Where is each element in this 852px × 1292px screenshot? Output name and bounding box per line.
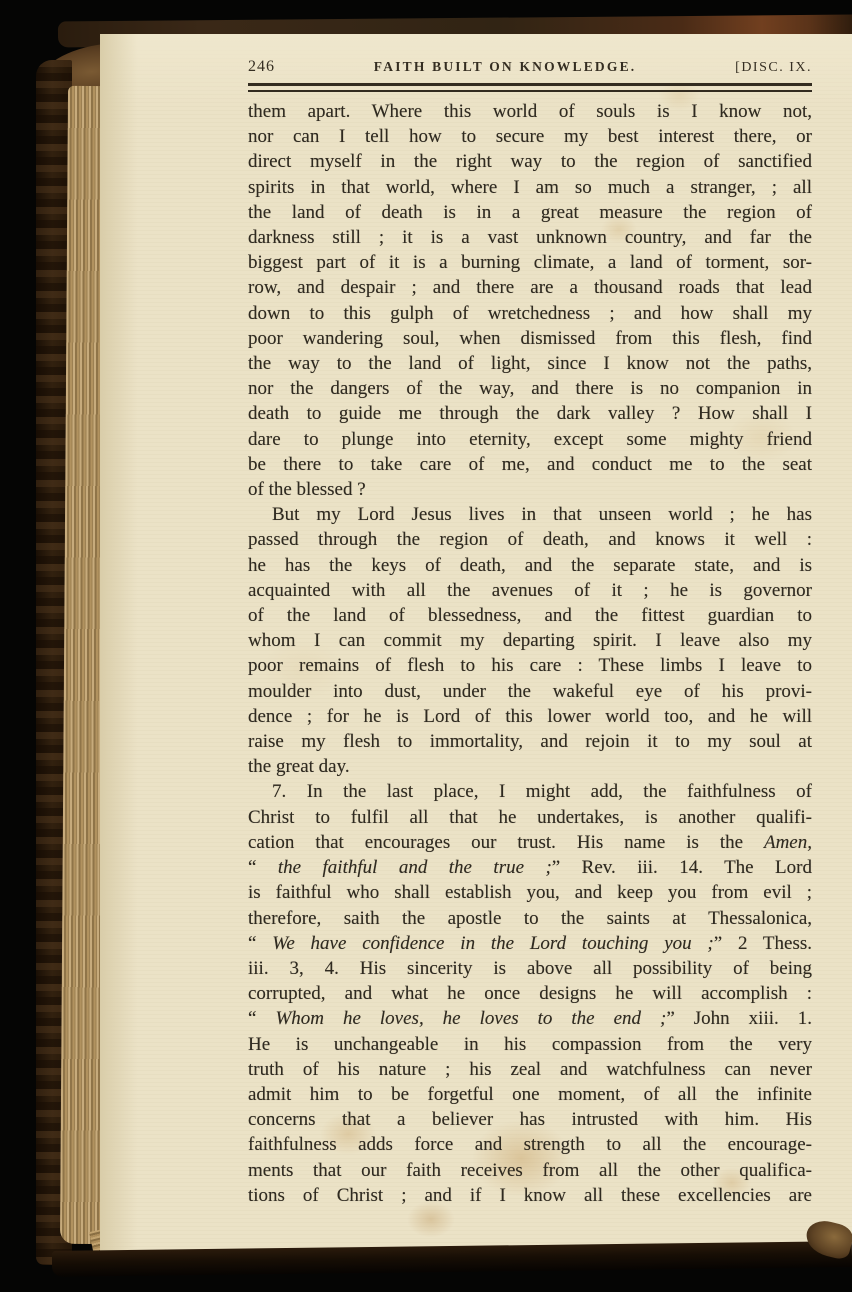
text-line: them apart. Where this world of souls is…	[248, 99, 812, 124]
text-line: poor wandering soul, when dismissed from…	[248, 326, 812, 351]
text-line: “ the faithful and the true ;” Rev. iii.…	[248, 855, 812, 880]
text-line: raise my flesh to immortality, and rejoi…	[248, 729, 812, 754]
text-line: of the land of blessedness, and the fitt…	[248, 603, 812, 628]
text-line: is faithful who shall establish you, and…	[248, 880, 812, 905]
text-line: direct myself in the right way to the re…	[248, 149, 812, 174]
text-line: poor remains of flesh to his care : Thes…	[248, 653, 812, 678]
text-line: moulder into dust, under the wakeful eye…	[248, 679, 812, 704]
text-line: death to guide me through the dark valle…	[248, 401, 812, 426]
page-header: 246 FAITH BUILT ON KNOWLEDGE. [DISC. IX.	[248, 58, 812, 76]
text-line: admit him to be forgetful one moment, of…	[248, 1082, 812, 1107]
text-line: iii. 3, 4. His sincerity is above all po…	[248, 956, 812, 981]
text-line: the land of death is in a great measure …	[248, 200, 812, 225]
text-line: He is unchangeable in his compassion fro…	[248, 1032, 812, 1057]
text-line: of the blessed ?	[248, 477, 812, 502]
text-line: “ Whom he loves, he loves to the end ;” …	[248, 1006, 812, 1031]
text-line: Christ to fulfil all that he undertakes,…	[248, 805, 812, 830]
text-line: truth of his nature ; his zeal and watch…	[248, 1057, 812, 1082]
text-line: row, and despair ; and there are a thous…	[248, 275, 812, 300]
text-line: he has the keys of death, and the separa…	[248, 553, 812, 578]
text-line: faithfulness adds force and strength to …	[248, 1132, 812, 1157]
text-line: down to this gulph of wretchedness ; and…	[248, 301, 812, 326]
text-line: the way to the land of light, since I kn…	[248, 351, 812, 376]
book-page: 246 FAITH BUILT ON KNOWLEDGE. [DISC. IX.…	[100, 34, 852, 1256]
text-line: biggest part of it is a burning climate,…	[248, 250, 812, 275]
text-line: tions of Christ ; and if I know all thes…	[248, 1183, 812, 1208]
text-line: nor can I tell how to secure my best int…	[248, 124, 812, 149]
header-double-rule	[248, 83, 812, 92]
text-line: therefore, saith the apostle to the sain…	[248, 906, 812, 931]
book-photo: 246 FAITH BUILT ON KNOWLEDGE. [DISC. IX.…	[0, 0, 852, 1292]
text-line: whom I can commit my departing spirit. I…	[248, 628, 812, 653]
text-line: “ We have confidence in the Lord touchin…	[248, 931, 812, 956]
text-line: be there to take care of me, and conduct…	[248, 452, 812, 477]
text-line: the great day.	[248, 754, 812, 779]
text-line: passed through the region of death, and …	[248, 527, 812, 552]
text-line: 7. In the last place, I might add, the f…	[248, 779, 812, 804]
section-label: [DISC. IX.	[735, 60, 812, 76]
text-line: cation that encourages our trust. His na…	[248, 830, 812, 855]
text-line: But my Lord Jesus lives in that unseen w…	[248, 502, 812, 527]
text-line: ments that our faith receives from all t…	[248, 1158, 812, 1183]
text-line: nor the dangers of the way, and there is…	[248, 376, 812, 401]
text-line: corrupted, and what he once designs he w…	[248, 981, 812, 1006]
text-line: acquainted with all the avenues of it ; …	[248, 578, 812, 603]
text-line: dare to plunge into eternity, except som…	[248, 427, 812, 452]
running-title: FAITH BUILT ON KNOWLEDGE.	[275, 59, 735, 75]
text-line: darkness still ; it is a vast unknown co…	[248, 225, 812, 250]
text-line: spirits in that world, where I am so muc…	[248, 175, 812, 200]
text-line: concerns that a believer has intrusted w…	[248, 1107, 812, 1132]
page-number: 246	[248, 58, 275, 76]
text-line: dence ; for he is Lord of this lower wor…	[248, 704, 812, 729]
page-text: them apart. Where this world of souls is…	[248, 99, 812, 1208]
